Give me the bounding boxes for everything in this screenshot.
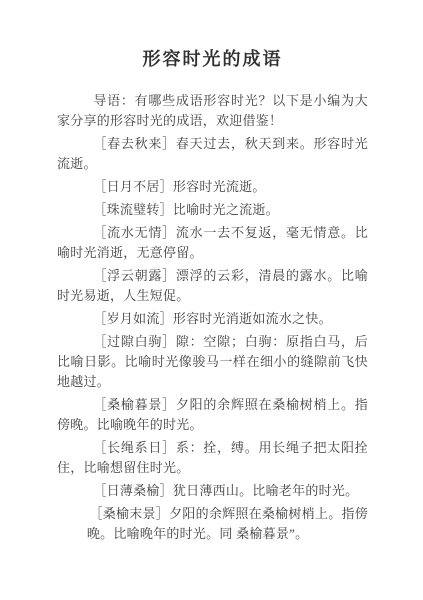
idiom-entry: ［日薄桑榆］犹日薄西山。比喻老年的时光。 (57, 481, 368, 501)
idiom-definition: 比喻时光之流逝。 (173, 202, 279, 217)
idiom-entry: ［桑榆末景］夕阳的余辉照在桑榆树梢上。指傍晚。比喻晚年的时光。同 桑榆暮景”。 (87, 504, 368, 544)
idiom-entry: ［日月不居］形容时光流逝。 (57, 177, 368, 197)
idiom-entry: ［春去秋来］春天过去，秋天到来。形容时光流逝。 (57, 134, 368, 174)
idiom-term: ［过隙白驹］ (93, 334, 176, 349)
document-page: 形容时光的成语 导语：有哪些成语形容时光？以下是小编为大家分享的形容时光的成语，… (0, 0, 423, 600)
idiom-term: ［桑榆末景］ (89, 506, 169, 521)
idiom-entry: ［长绳系日］系：拴，缚。用长绳子把太阳拴住，比喻想留住时光。 (57, 438, 368, 478)
idiom-term: ［日月不居］ (93, 179, 173, 194)
idiom-term: ［桑榆暮景］ (93, 397, 176, 412)
idiom-definition: 形容时光消逝如流水之快。 (173, 311, 332, 326)
intro-paragraph: 导语：有哪些成语形容时光？以下是小编为大家分享的形容时光的成语，欢迎借鉴！ (57, 91, 368, 131)
idiom-term: ［浮云朝露］ (93, 268, 176, 283)
idiom-entry: ［岁月如流］形容时光消逝如流水之快。 (57, 309, 368, 329)
idiom-term: ［珠流璧转］ (93, 202, 173, 217)
document-body: 导语：有哪些成语形容时光？以下是小编为大家分享的形容时光的成语，欢迎借鉴！ ［春… (57, 91, 368, 544)
idiom-term: ［岁月如流］ (93, 311, 173, 326)
page-title: 形容时光的成语 (57, 48, 368, 70)
idiom-entry: ［过隙白驹］隙：空隙；白驹：原指白马，后比喻日影。比喻时光像骏马一样在细小的缝隙… (57, 332, 368, 392)
idiom-entry: ［浮云朝露］漂浮的云彩，清晨的露水。比喻时光易逝，人生短促。 (57, 266, 368, 306)
idiom-definition: 犹日薄西山。比喻老年的时光。 (173, 483, 359, 498)
idiom-term: ［长绳系日］ (93, 440, 176, 455)
idiom-entry: ［流水无情］流水一去不复返，毫无情意。比喻时光消逝，无意停留。 (57, 223, 368, 263)
idiom-term: ［流水无情］ (93, 225, 176, 240)
idiom-term: ［春去秋来］ (93, 136, 176, 151)
idiom-entry: ［桑榆暮景］夕阳的余辉照在桑榆树梢上。指傍晚。比喻晚年的时光。 (57, 395, 368, 435)
idiom-term: ［日薄桑榆］ (93, 483, 173, 498)
idiom-definition: 形容时光流逝。 (173, 179, 266, 194)
idiom-entry: ［珠流璧转］比喻时光之流逝。 (57, 200, 368, 220)
